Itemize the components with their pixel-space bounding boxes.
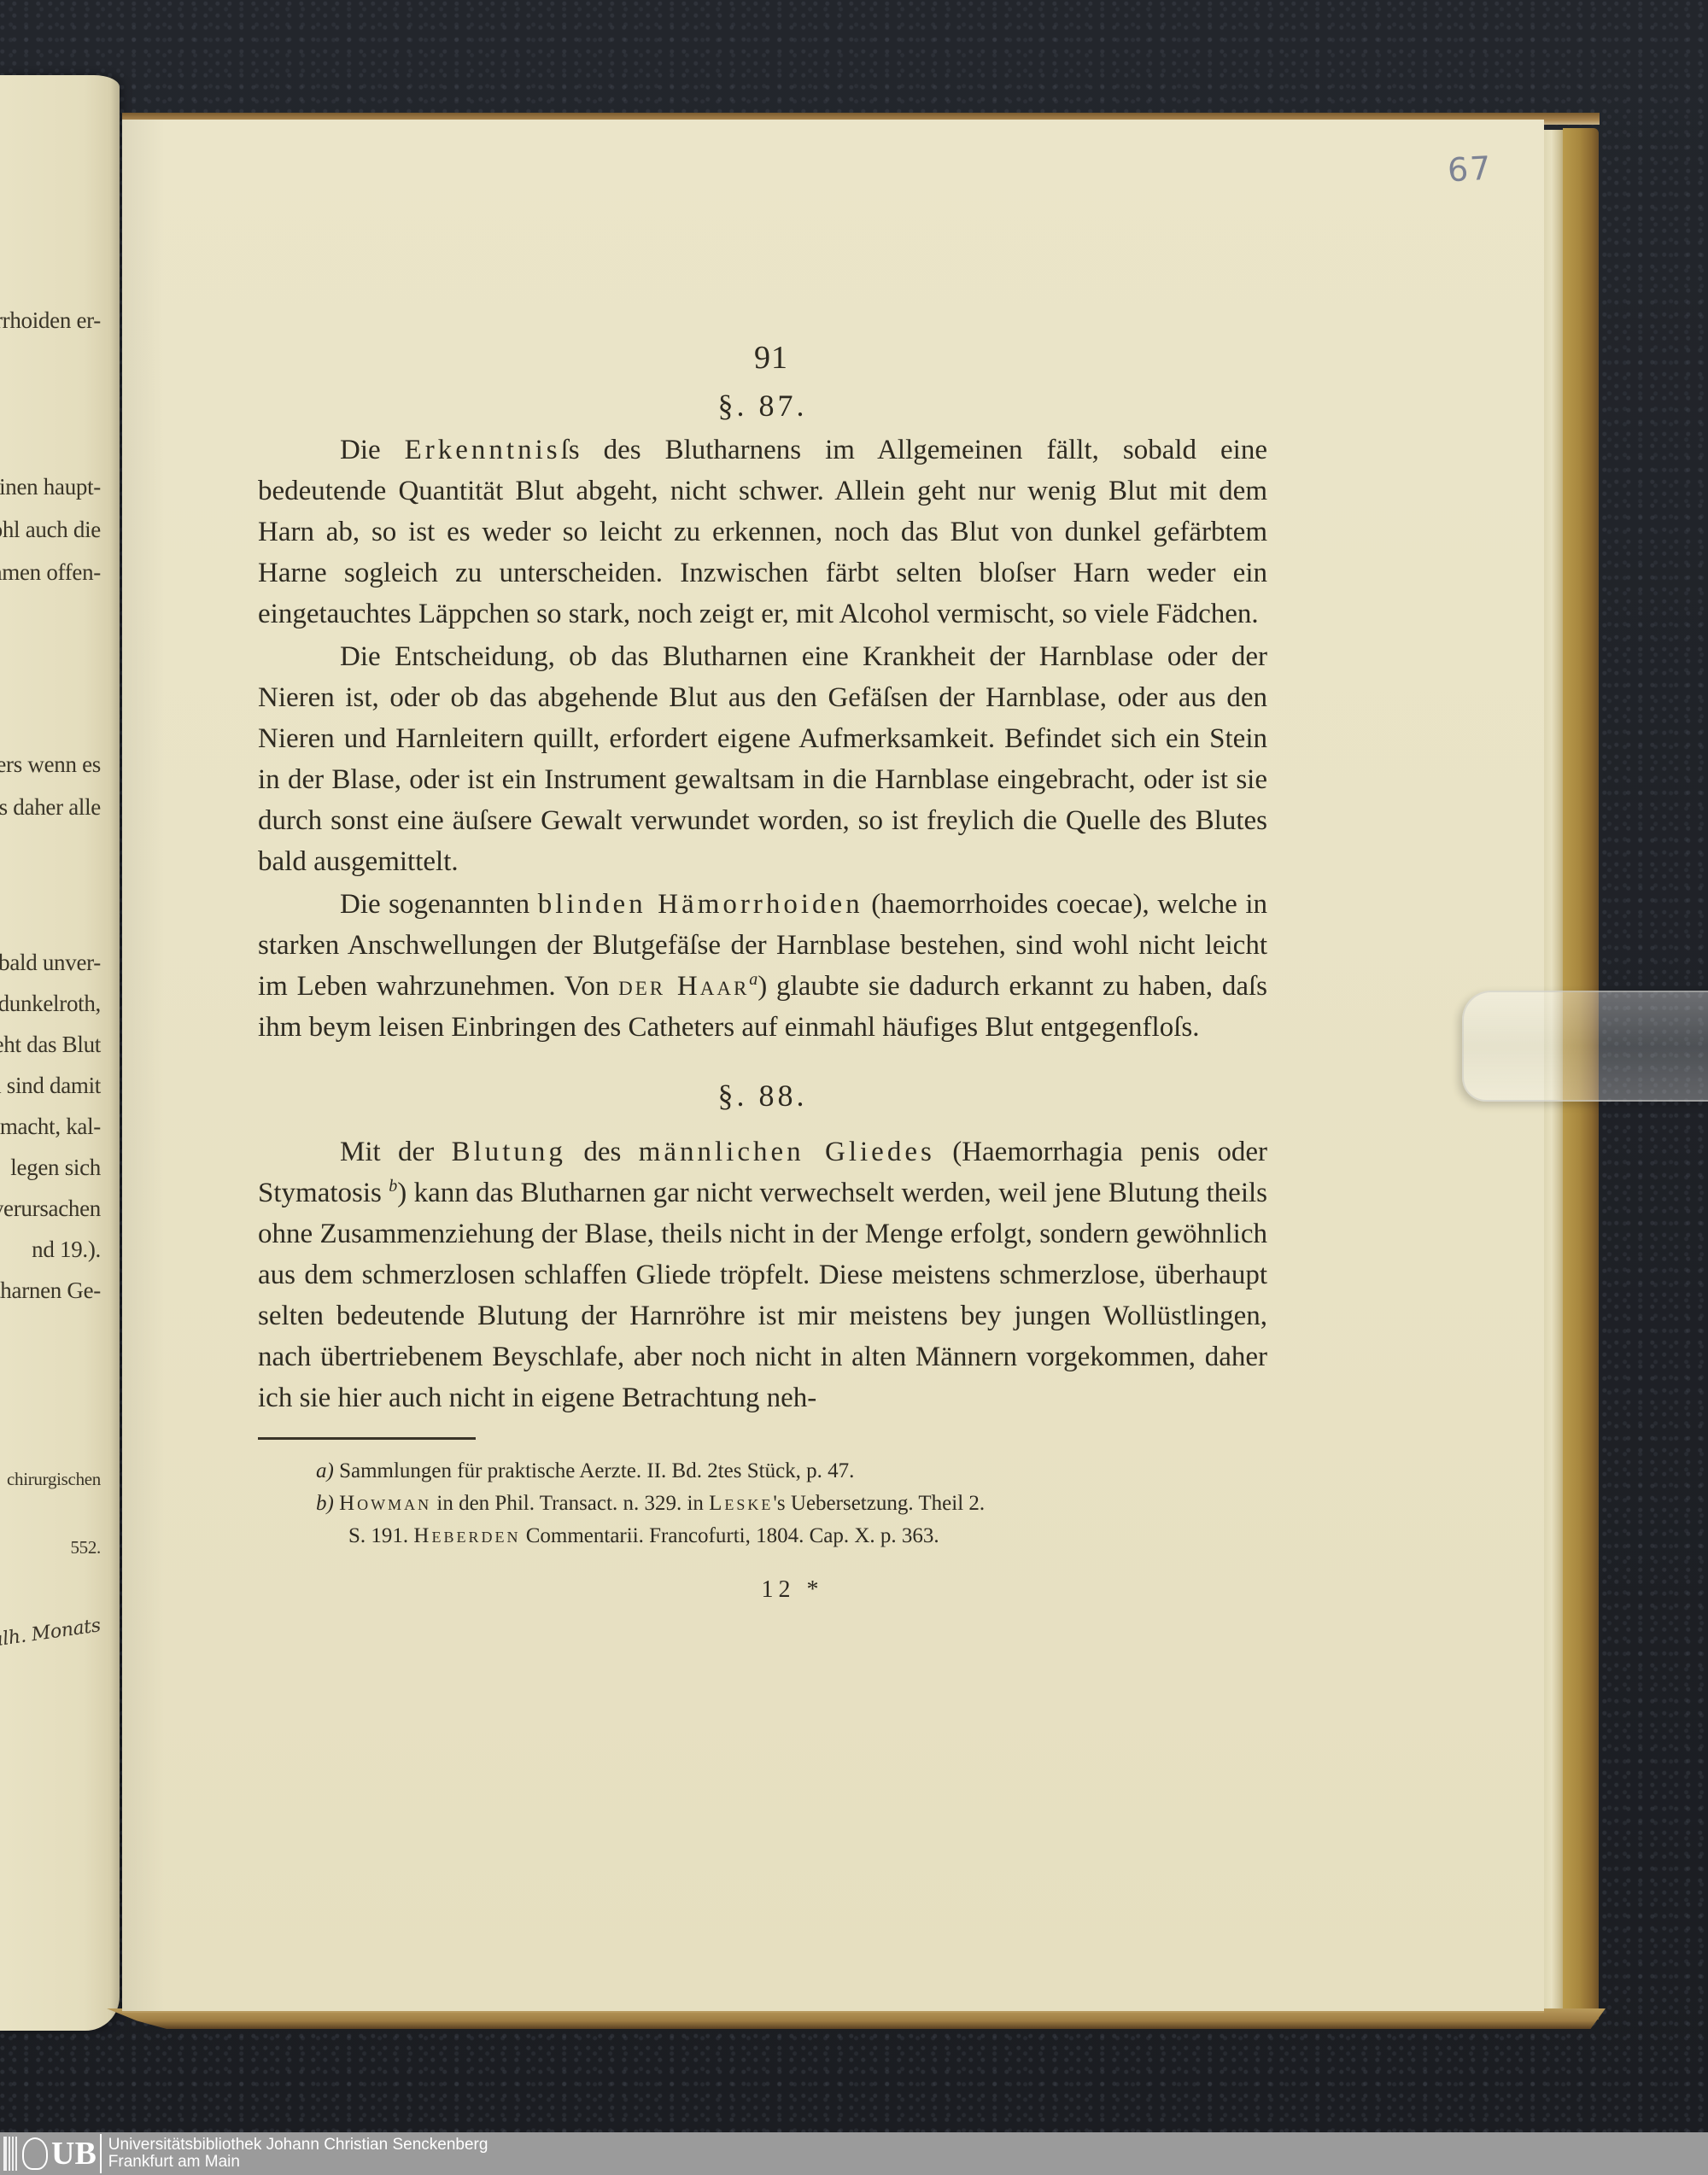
plastic-page-clip — [1462, 991, 1708, 1102]
paragraph: Die Erkenntnisſs des Blutharnens im Allg… — [258, 430, 1267, 634]
text-run: männlichen Gliedes — [639, 1137, 935, 1167]
text-run: Erkenntnis — [405, 435, 561, 465]
left-page-footnote-fragment: chirurgischen — [7, 1469, 101, 1490]
ub-logo-text: UB — [51, 2135, 97, 2172]
text-run: des — [566, 1137, 639, 1167]
text-run: Heberden — [413, 1524, 520, 1547]
text-run: Die sogenannten — [340, 889, 538, 920]
paragraph: Die sogenannten blinden Hämorrhoiden (ha… — [258, 884, 1267, 1048]
left-page-text-fragment: nd 19.). — [32, 1237, 101, 1263]
institution-line: Universitätsbibliothek Johann Christian … — [108, 2137, 488, 2154]
section-heading: §. 88. — [258, 1075, 1267, 1120]
text-run: Howman — [339, 1492, 431, 1515]
footnote-mark: b) — [316, 1492, 339, 1515]
pencil-folio-number: 67 — [1447, 149, 1494, 190]
paragraph: Die Entscheidung, ob das Blutharnen eine… — [258, 636, 1267, 882]
section-heading: §. 87. — [258, 385, 1267, 430]
left-page-footnote-fragment: 552. — [70, 1537, 101, 1558]
left-page-text-fragment: legen sich — [10, 1155, 101, 1181]
left-page-text-fragment: eht das Blut — [0, 1032, 101, 1058]
left-page-text-fragment: einen haupt- — [0, 474, 101, 500]
left-page-text-fragment: tharnen Ge- — [0, 1278, 101, 1304]
left-page-text-fragment: namen offen- — [0, 559, 101, 586]
text-run: Leske — [709, 1492, 773, 1515]
footnote-rule — [258, 1437, 476, 1440]
left-page-text-fragment: lers wenn es — [0, 751, 101, 778]
city-line: Frankfurt am Main — [108, 2154, 488, 2171]
footnote: b) Howman in den Phil. Transact. n. 329.… — [316, 1488, 1267, 1552]
footnote-continuation: S. 191. Heberden Commentarii. Francofurt… — [316, 1520, 1267, 1552]
footnote-reference: a — [749, 970, 757, 989]
left-page-text-fragment: dunkelroth, — [0, 991, 101, 1017]
text-run: Blutung — [452, 1137, 566, 1167]
ub-logo: UB — [3, 2134, 102, 2173]
footnote-mark: a) — [316, 1459, 339, 1482]
text-run: Commentarii. Francofurti, 1804. Cap. X. … — [520, 1524, 939, 1547]
text-run: Mit der — [340, 1137, 452, 1167]
text-run: der Haar — [618, 971, 749, 1002]
footnote-reference: b — [389, 1177, 397, 1196]
left-page-text-fragment: ohl auch die — [0, 517, 101, 543]
library-columns-icon — [3, 2137, 17, 2171]
book-bottom-edge — [107, 2008, 1606, 2029]
signature-mark: 12 * — [318, 1570, 1267, 1611]
library-footer-bar: UB Universitätsbibliothek Johann Christi… — [0, 2132, 1708, 2175]
text-run: in den Phil. Transact. n. 329. in — [431, 1492, 709, 1515]
text-run: 's Uebersetzung. Theil 2. — [773, 1492, 985, 1515]
portrait-icon — [22, 2137, 48, 2170]
left-page: orrhoiden er-einen haupt-ohl auch dienam… — [0, 75, 120, 2031]
left-page-text-fragment: orrhoiden er- — [0, 307, 101, 334]
footnotes: a) Sammlungen für praktische Aerzte. II.… — [258, 1455, 1267, 1552]
sections: §. 87.Die Erkenntnisſs des Blutharnens i… — [258, 385, 1267, 1418]
footnote-text: Sammlungen für praktische Aerzte. II. Bd… — [339, 1459, 854, 1482]
left-page-text-fragment: verursachen — [0, 1196, 101, 1222]
left-page-text-fragment: es daher alle — [0, 794, 101, 821]
left-page-text-fragment: bald unver- — [0, 950, 101, 976]
handwritten-note: alh. Monats — [0, 1615, 102, 1652]
left-page-text-fragment: macht, kal- — [0, 1114, 101, 1140]
page-number: 91 — [275, 337, 1267, 385]
text-run: ) kann das Blutharnen gar nicht verwechs… — [258, 1178, 1267, 1413]
footnote: a) Sammlungen für praktische Aerzte. II.… — [316, 1455, 1267, 1488]
text-run: Die Entscheidung, ob das Blutharnen eine… — [258, 641, 1267, 877]
left-page-text-fragment: h sind damit — [0, 1073, 101, 1099]
paragraph: Mit der Blutung des männlichen Gliedes (… — [258, 1131, 1267, 1418]
text-run: Die — [340, 435, 405, 465]
text-run: S. 191. — [348, 1524, 413, 1547]
institution-name: Universitätsbibliothek Johann Christian … — [108, 2137, 488, 2171]
text-run: blinden Hämorrhoiden — [538, 889, 863, 920]
page-text: 91 §. 87.Die Erkenntnisſs des Blutharnen… — [258, 337, 1267, 1611]
